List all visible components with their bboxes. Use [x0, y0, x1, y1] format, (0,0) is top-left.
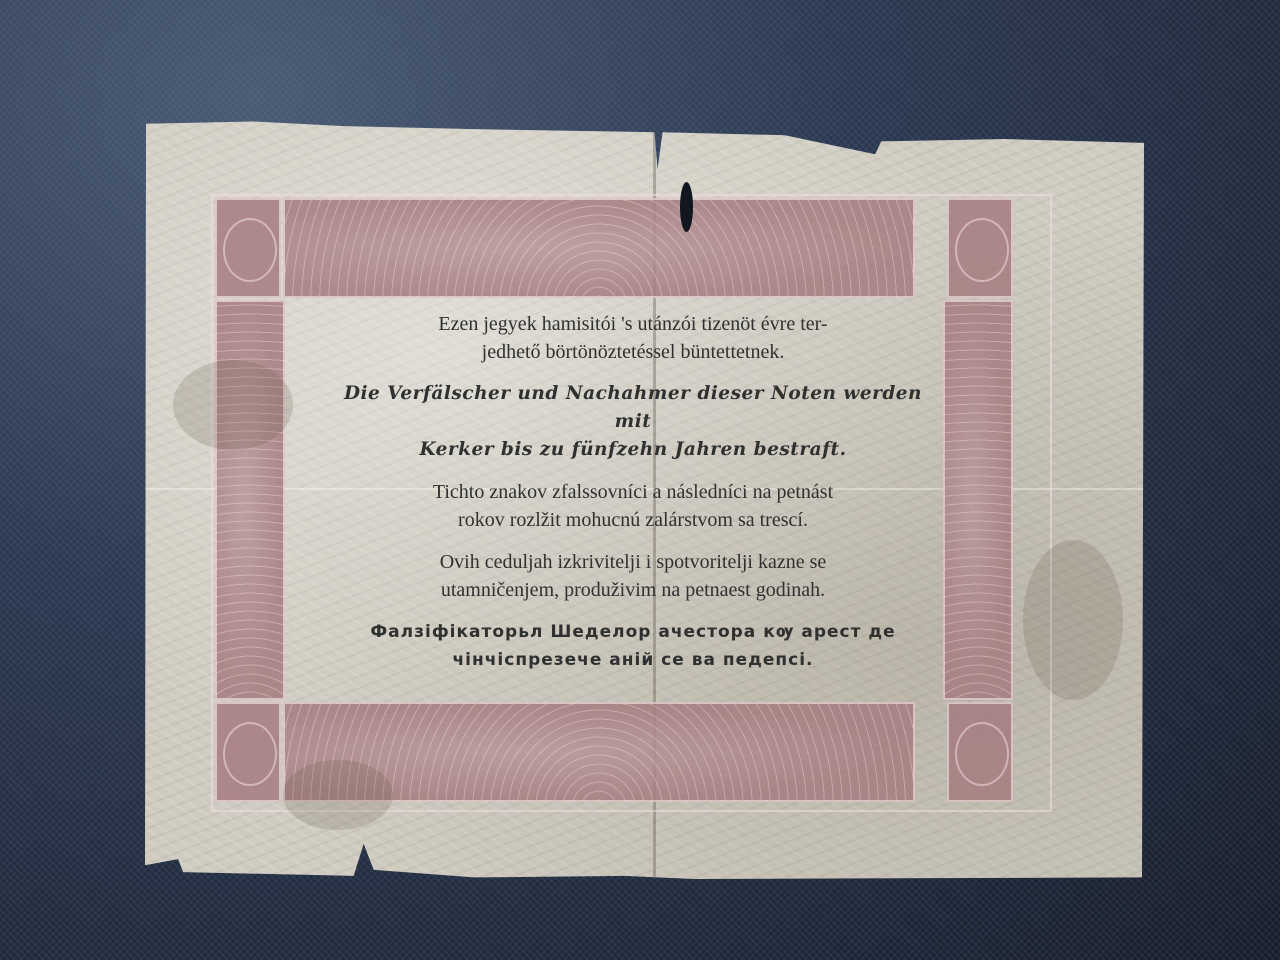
guilloche-band-top	[283, 198, 915, 298]
guilloche-band-right	[943, 300, 1013, 700]
corner-rosette-bottom-left	[215, 702, 281, 802]
text-line: utamničenjem, produživim na petnaest god…	[333, 576, 933, 604]
corner-rosette-bottom-right	[947, 702, 1013, 802]
text-line: Die Verfälscher und Nachahmer dieser Not…	[333, 380, 933, 436]
paragraph-croatian: Ovih ceduljah izkrivitelji i spotvoritel…	[333, 548, 933, 604]
banknote: Ezen jegyek hamisitói 's utánzói tizenöt…	[143, 120, 1146, 882]
text-line: Ovih ceduljah izkrivitelji i spotvoritel…	[333, 548, 933, 576]
warning-text-block: Ezen jegyek hamisitói 's utánzói tizenöt…	[333, 310, 933, 688]
text-line: Ezen jegyek hamisitói 's utánzói tizenöt…	[333, 310, 933, 338]
paragraph-hungarian: Ezen jegyek hamisitói 's utánzói tizenöt…	[333, 310, 933, 366]
paper-hole	[680, 182, 693, 232]
text-line: jedhető börtönöztetéssel büntettetnek.	[333, 338, 933, 366]
text-line: Tichto znakov zfalssovníci a následníci …	[333, 478, 933, 506]
text-line: Kerker bis zu fünfzehn Jahren bestraft.	[333, 436, 933, 464]
paper-stain	[283, 760, 393, 830]
paper-stain	[173, 360, 293, 450]
text-line: чінчіспрезече аній се ва педепсі.	[333, 646, 933, 674]
corner-rosette-top-right	[947, 198, 1013, 298]
corner-rosette-top-left	[215, 198, 281, 298]
text-line: Фалзіфікаторьл Шеделор ачестора кѹ арест…	[333, 618, 933, 646]
paragraph-romanian-cyrillic: Фалзіфікаторьл Шеделор ачестора кѹ арест…	[333, 618, 933, 674]
paragraph-slovak: Tichto znakov zfalssovníci a následníci …	[333, 478, 933, 534]
paragraph-german: Die Verfälscher und Nachahmer dieser Not…	[333, 380, 933, 464]
paper-stain	[1023, 540, 1123, 700]
text-line: rokov rozlžit mohucnú zalárstvom sa tres…	[333, 506, 933, 534]
